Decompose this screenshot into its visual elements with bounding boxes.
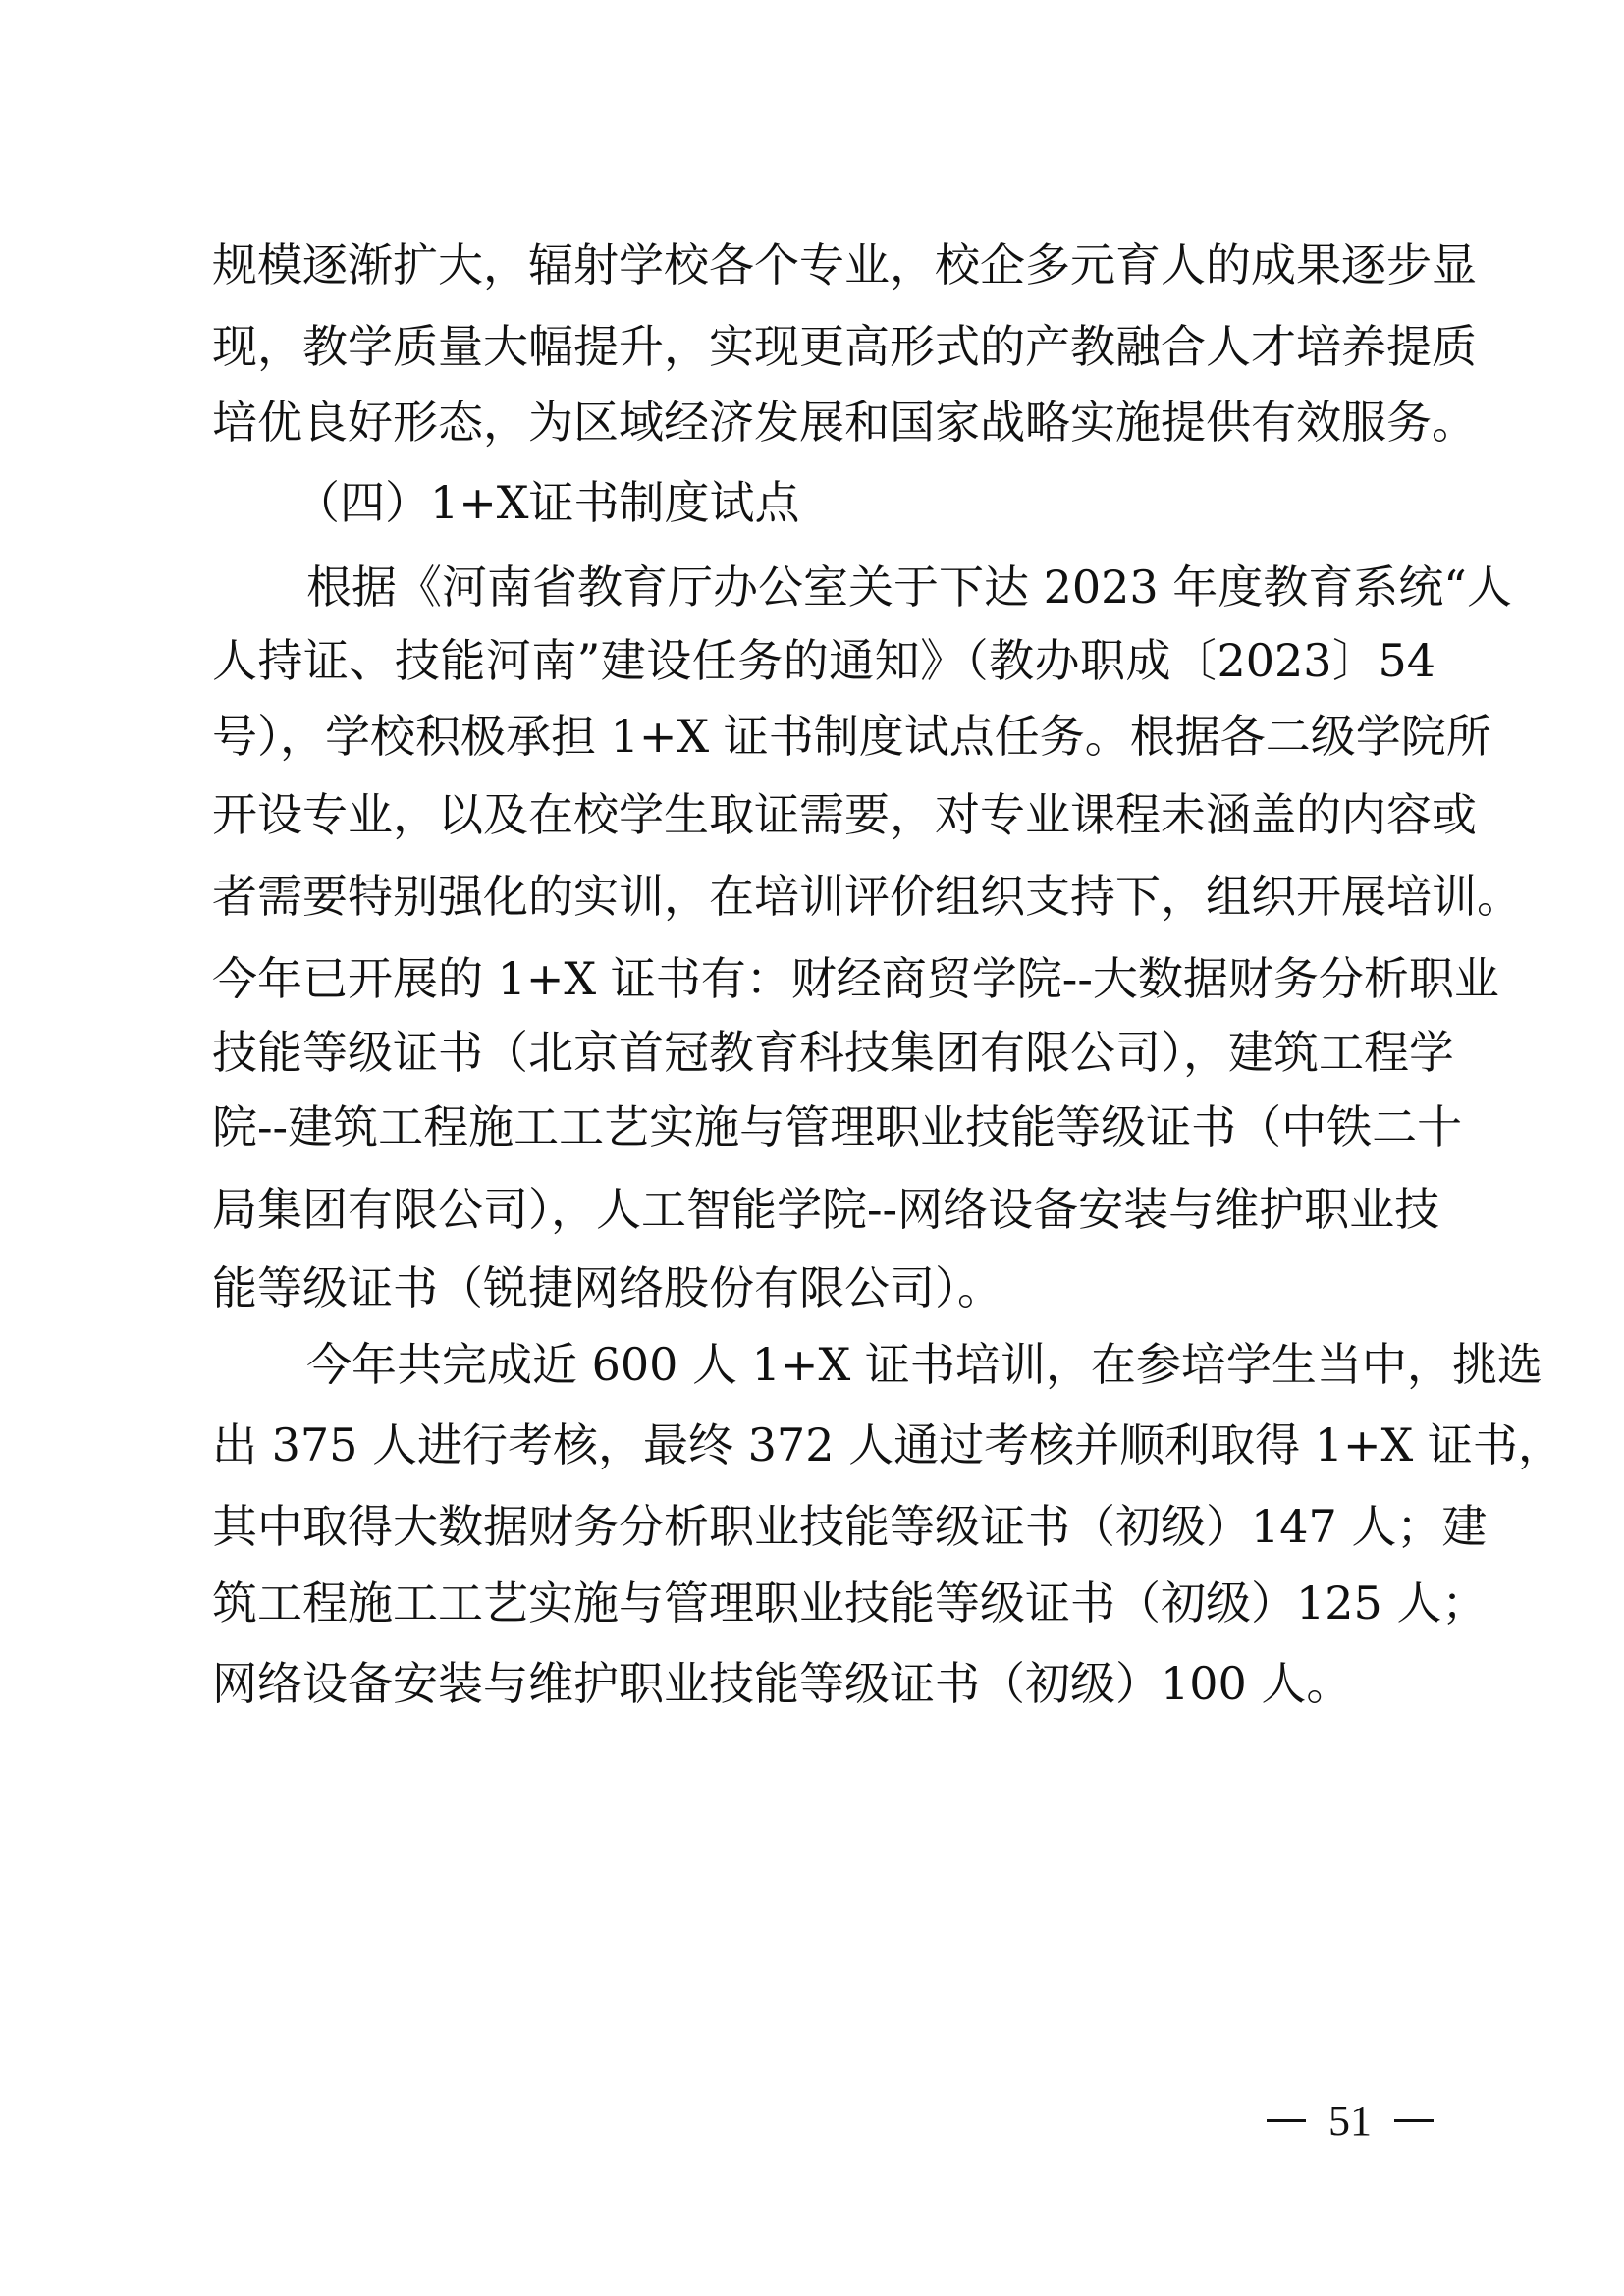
text-line: 今年已开展的 1+X 证书有：财经商贸学院--大数据财务分析职业 xyxy=(212,939,1435,1018)
text-line: 技能等级证书（北京首冠教育科技集团有限公司），建筑工程学 xyxy=(212,1013,1435,1092)
text-line: 能等级证书（锐捷网络股份有限公司）。 xyxy=(212,1249,1435,1327)
text-line: 今年共完成近 600 人 1+X 证书培训，在参培学生当中，挑选 xyxy=(306,1325,1435,1404)
text-line: 培优良好形态，为区域经济发展和国家战略实施提供有效服务。 xyxy=(212,383,1435,461)
text-line: 号），学校积极承担 1+X 证书制度试点任务。根据各二级学院所 xyxy=(212,697,1435,775)
dash-left xyxy=(1267,2119,1306,2122)
text-line: 网络设备安装与维护职业技能等级证书（初级）100 人。 xyxy=(212,1644,1435,1723)
text-line: 其中取得大数据财务分析职业技能等级证书（初级）147 人；建 xyxy=(212,1487,1435,1566)
text-line: 开设专业，以及在校学生取证需要，对专业课程未涵盖的内容或 xyxy=(212,775,1435,854)
text-line: 筑工程施工工艺实施与管理职业技能等级证书（初级）125 人； xyxy=(212,1564,1435,1642)
text-line: 现，教学质量大幅提升，实现更高形式的产教融合人才培养提质 xyxy=(212,307,1435,386)
dash-right xyxy=(1394,2119,1434,2122)
text-line: 者需要特别强化的实训，在培训评价组织支持下，组织开展培训。 xyxy=(212,857,1435,935)
text-line: 局集团有限公司），人工智能学院--网络设备安装与维护职业技 xyxy=(212,1170,1435,1249)
text-line: 根据《河南省教育厅办公室关于下达 2023 年度教育系统“人 xyxy=(306,548,1435,626)
text-line: 规模逐渐扩大，辐射学校各个专业，校企多元育人的成果逐步显 xyxy=(212,226,1435,304)
page-number-value: 51 xyxy=(1328,2096,1372,2146)
section-heading: （四）1+X证书制度试点 xyxy=(295,463,800,542)
page-number: 51 xyxy=(1267,2091,1434,2150)
document-page: 规模逐渐扩大，辐射学校各个专业，校企多元育人的成果逐步显 现，教学质量大幅提升，… xyxy=(0,0,1624,2296)
text-line: 院--建筑工程施工工艺实施与管理职业技能等级证书（中铁二十 xyxy=(212,1088,1435,1166)
text-line: 人持证、技能河南”建设任务的通知》（教办职成〔2023〕54 xyxy=(212,621,1435,700)
text-line: 出 375 人进行考核，最终 372 人通过考核并顺利取得 1+X 证书， xyxy=(212,1406,1435,1484)
